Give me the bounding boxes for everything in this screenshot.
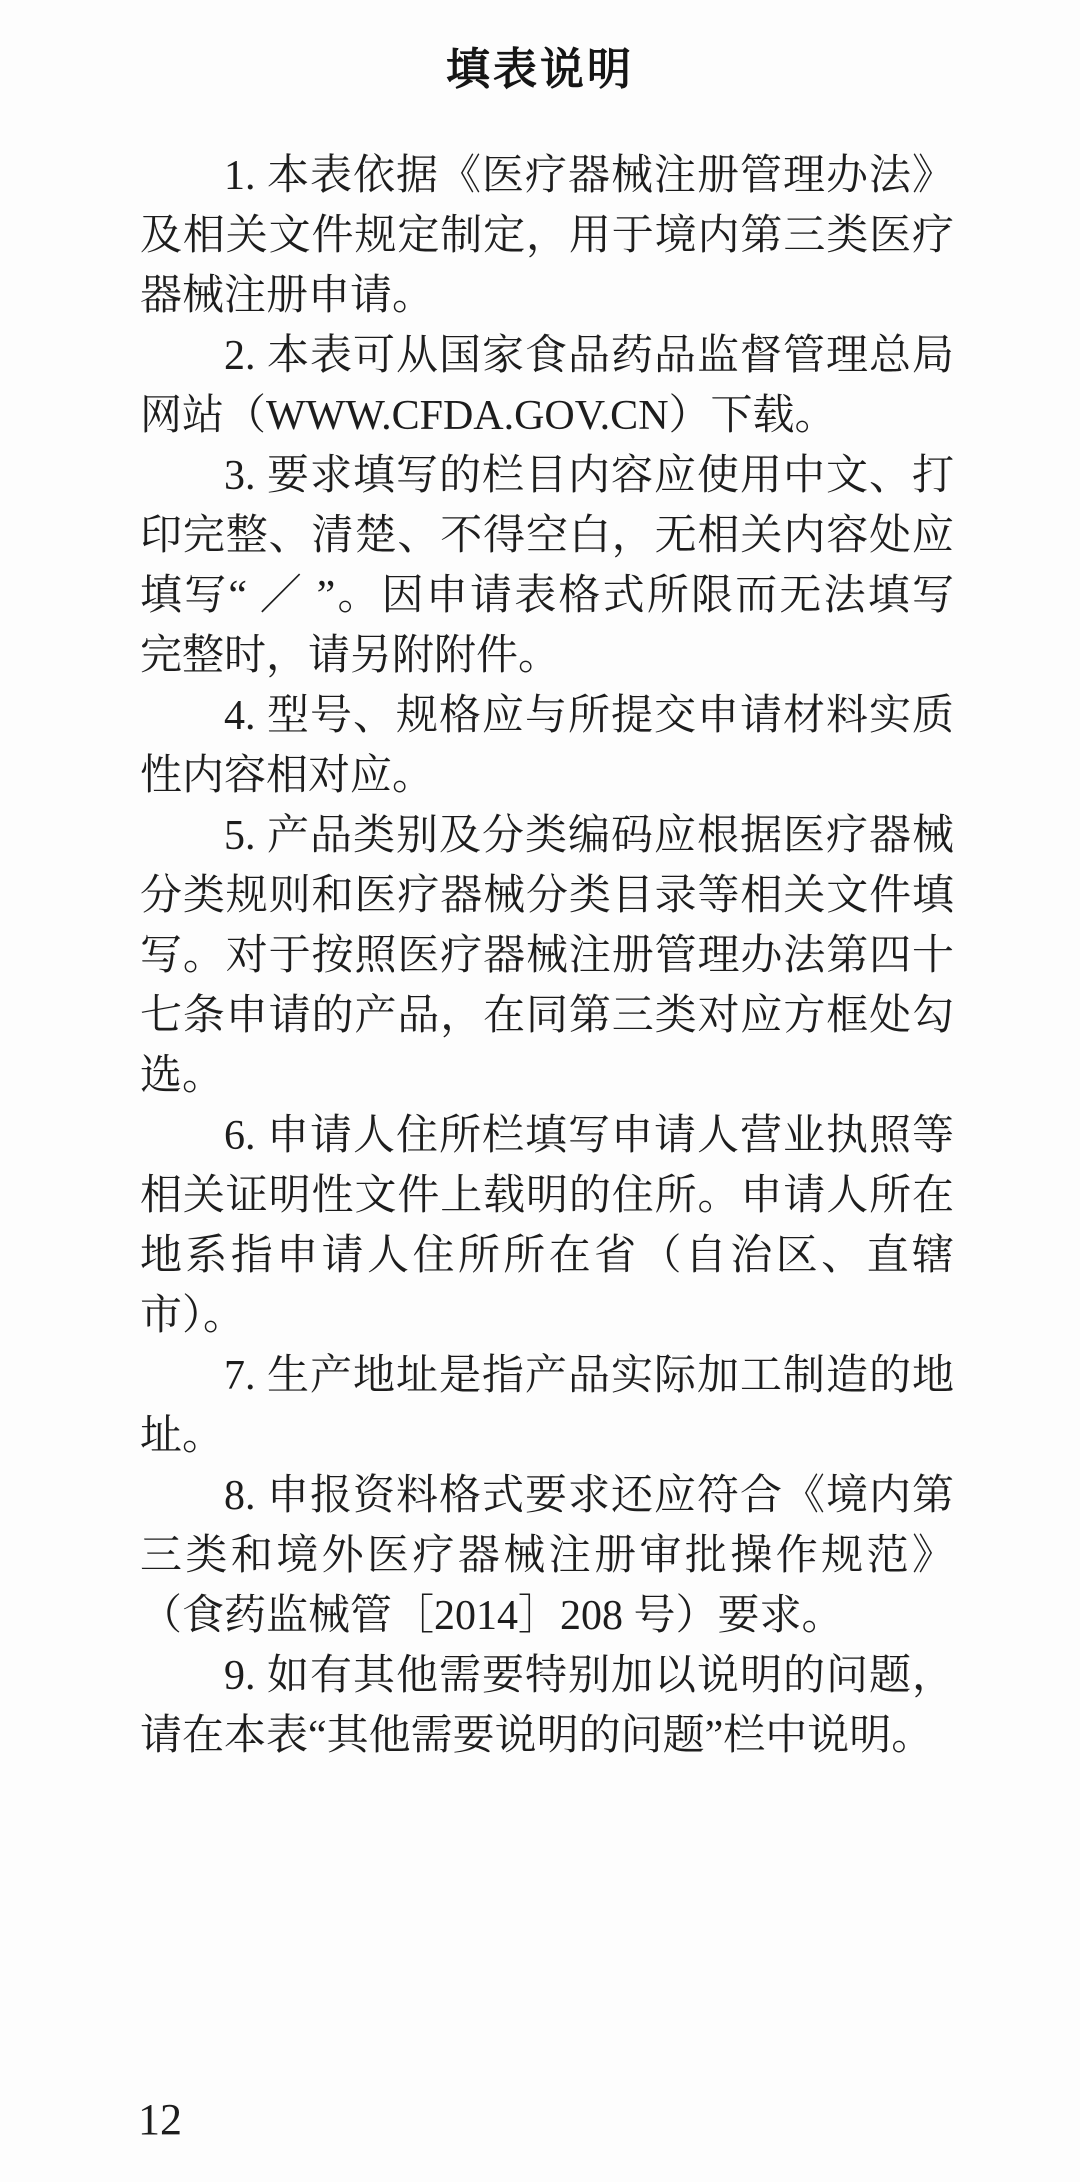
instruction-paragraph: 4. 型号、规格应与所提交申请材料实质性内容相对应。 — [140, 686, 954, 806]
instructions-text: 1. 本表依据《医疗器械注册管理办法》及相关文件规定制定，用于境内第三类医疗器械… — [140, 146, 954, 1766]
page-number: 12 — [138, 2094, 182, 2146]
instruction-paragraph: 3. 要求填写的栏目内容应使用中文、打印完整、清楚、不得空白，无相关内容处应填写… — [140, 446, 954, 686]
page-title: 填表说明 — [0, 44, 1080, 96]
instruction-paragraph: 5. 产品类别及分类编码应根据医疗器械分类规则和医疗器械分类目录等相关文件填写。… — [140, 806, 954, 1106]
instruction-paragraph: 7. 生产地址是指产品实际加工制造的地址。 — [140, 1346, 954, 1466]
instruction-paragraph: 9. 如有其他需要特别加以说明的问题，请在本表“其他需要说明的问题”栏中说明。 — [140, 1646, 954, 1766]
instruction-paragraph: 2. 本表可从国家食品药品监督管理总局网站（WWW.CFDA.GOV.CN）下载… — [140, 326, 954, 446]
instruction-paragraph: 1. 本表依据《医疗器械注册管理办法》及相关文件规定制定，用于境内第三类医疗器械… — [140, 146, 954, 326]
instruction-paragraph: 8. 申报资料格式要求还应符合《境内第三类和境外医疗器械注册审批操作规范》（食药… — [140, 1466, 954, 1646]
document-page: 填表说明 1. 本表依据《医疗器械注册管理办法》及相关文件规定制定，用于境内第三… — [0, 0, 1080, 2182]
instruction-paragraph: 6. 申请人住所栏填写申请人营业执照等相关证明性文件上载明的住所。申请人所在地系… — [140, 1106, 954, 1346]
